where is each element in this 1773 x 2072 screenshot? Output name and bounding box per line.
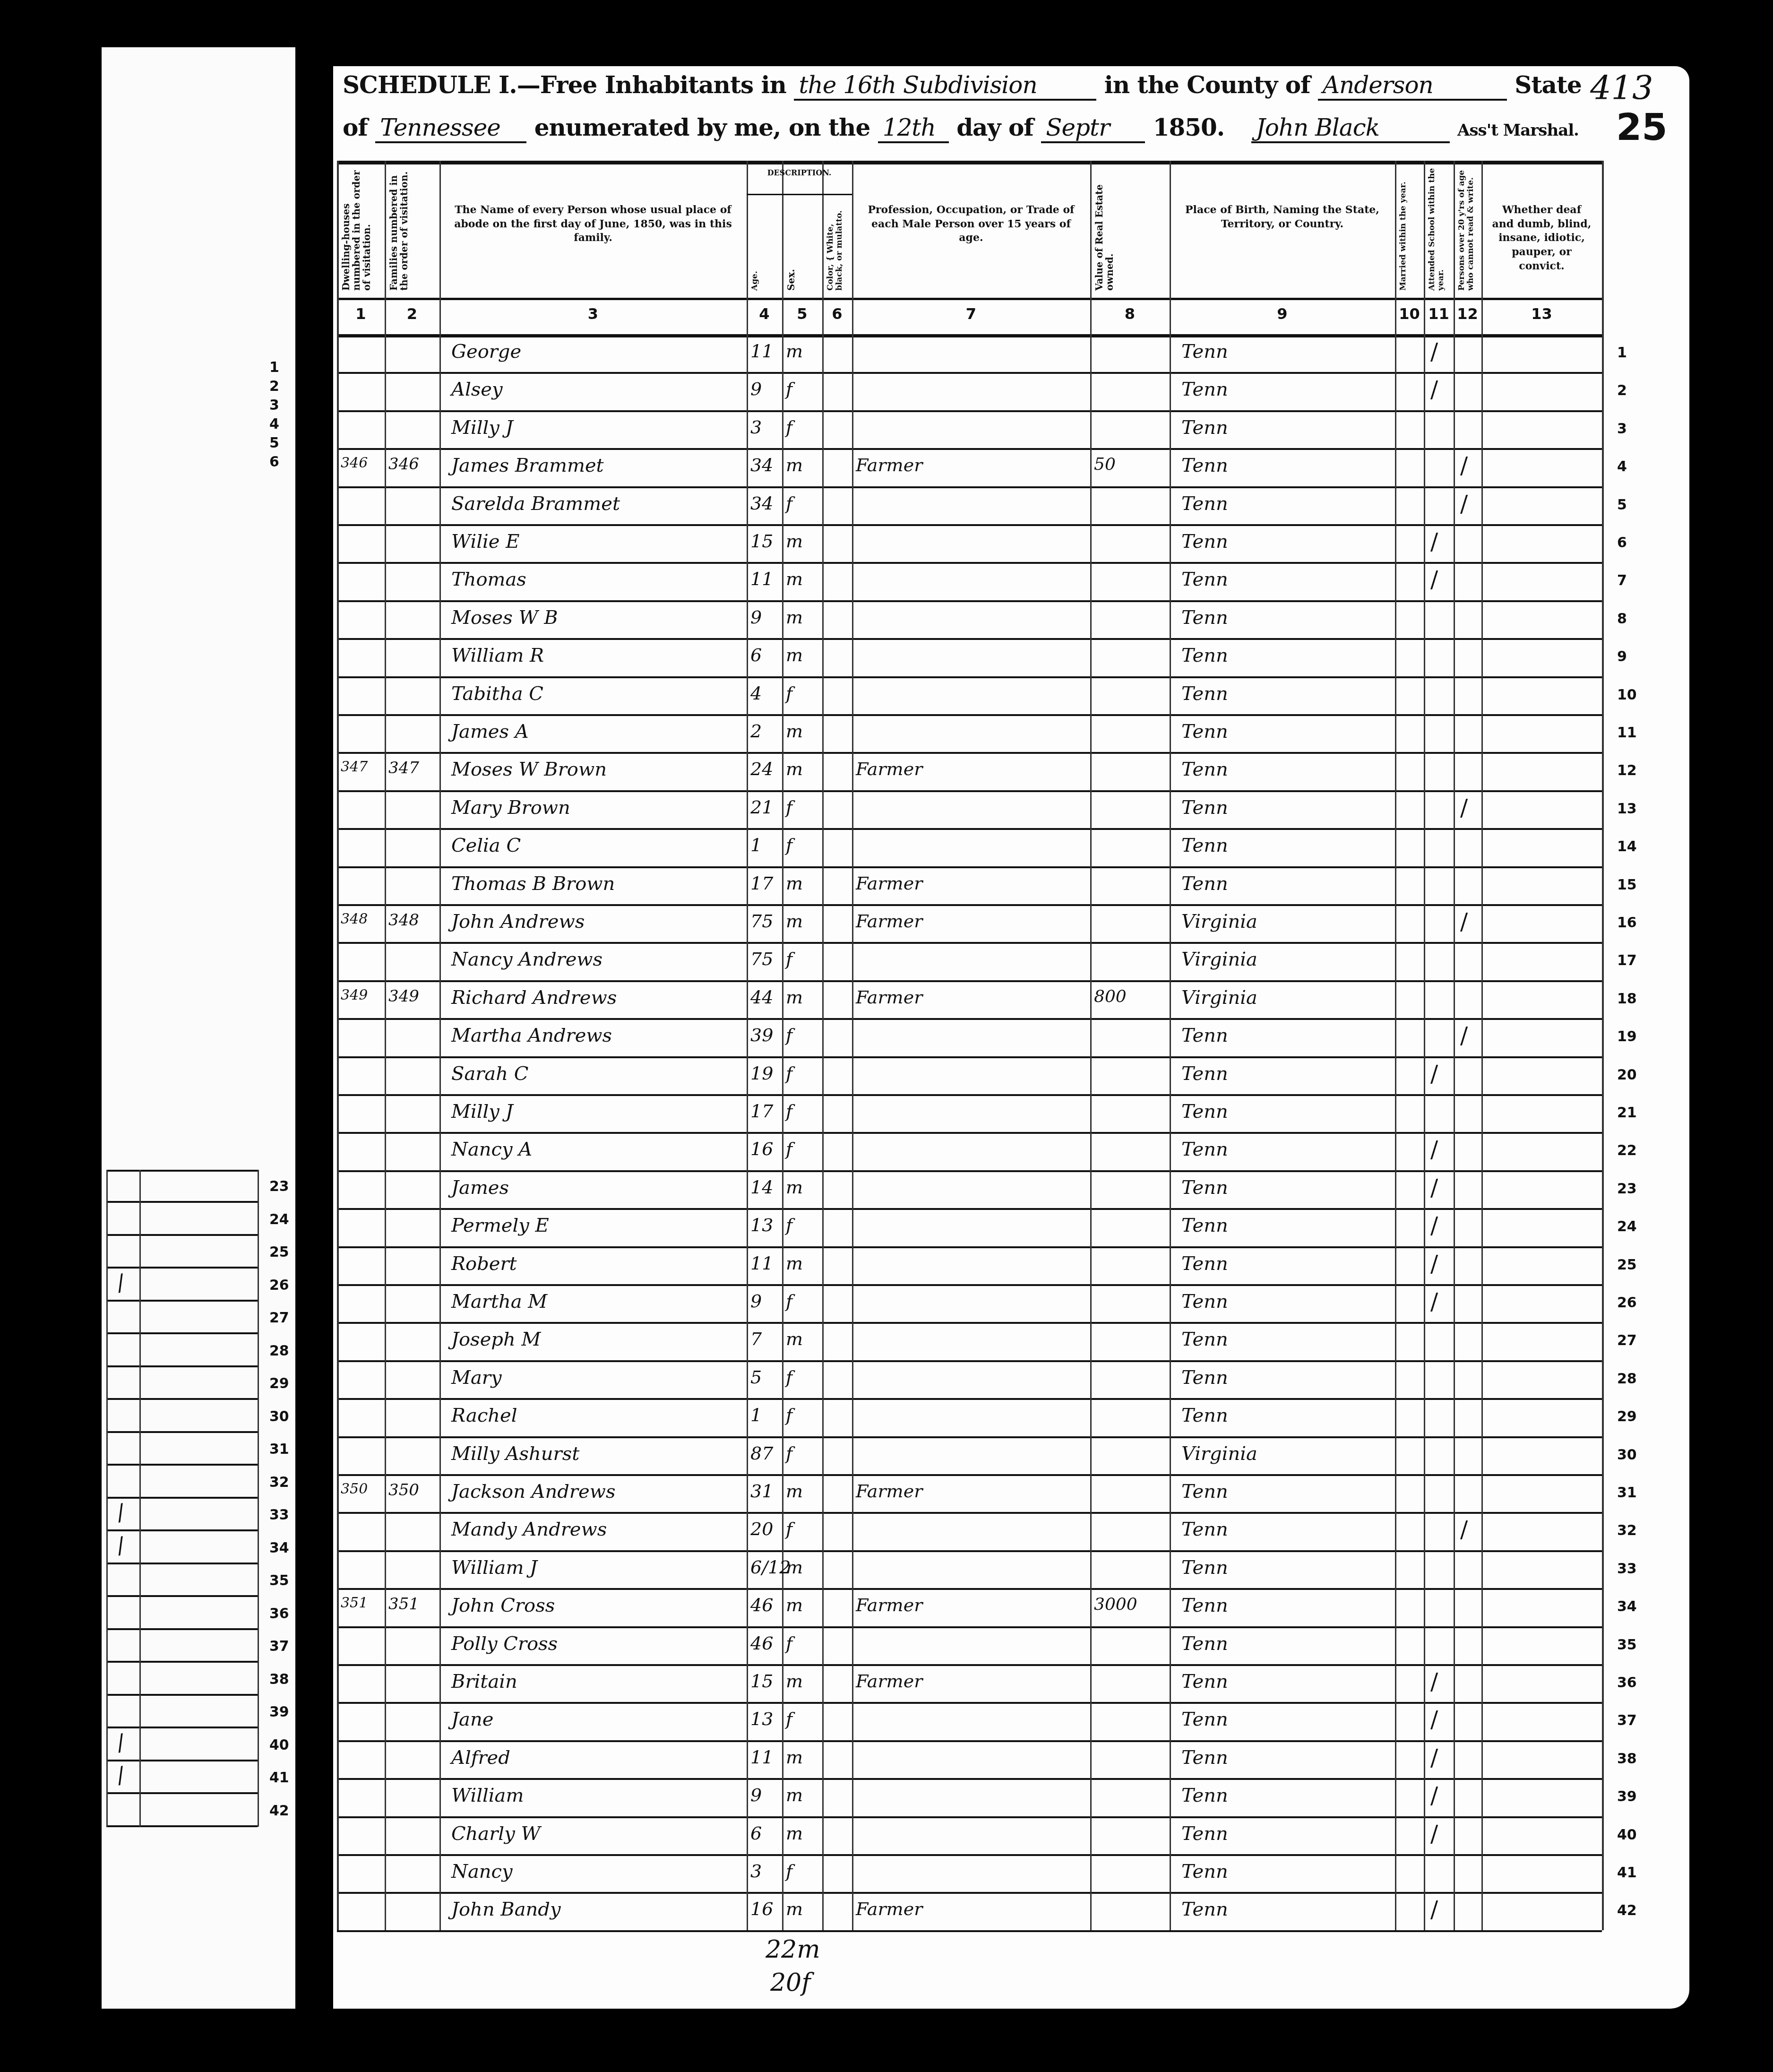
left-page-column-rule [106, 1170, 108, 1827]
birthplace-cell: Tenn [1181, 1557, 1228, 1579]
left-page-line-number: 33 [269, 1507, 289, 1523]
state-field: Tennessee [375, 114, 526, 143]
row-rule [337, 1816, 1602, 1818]
column-header-7: Profession, Occupation, or Trade of each… [861, 203, 1081, 245]
line-number: 34 [1617, 1598, 1637, 1615]
row-rule [337, 1702, 1602, 1704]
birthplace-cell: Virginia [1181, 949, 1257, 970]
line-number: 4 [1617, 458, 1627, 475]
left-page-line-number: 34 [269, 1540, 289, 1556]
school-mark: / [1430, 1897, 1438, 1923]
row-rule [337, 638, 1602, 640]
row-rule [337, 410, 1602, 412]
sex-cell: m [786, 455, 803, 475]
person-name-cell: Martha Andrews [451, 1025, 612, 1046]
column-rule [782, 161, 783, 1930]
column-number-4: 4 [747, 305, 782, 323]
age-cell: 34 [750, 455, 773, 475]
left-page-line-number: 23 [269, 1178, 289, 1195]
table-row: William R6mTenn9 [333, 638, 334, 639]
left-page-line-number: 27 [269, 1310, 289, 1326]
left-page-line-number: 40 [269, 1737, 289, 1753]
line-number: 7 [1617, 572, 1627, 589]
line-number: 18 [1617, 991, 1637, 1007]
line-number: 22 [1617, 1142, 1637, 1159]
age-cell: 11 [750, 1747, 773, 1768]
table-row: Celia C1fTenn14 [333, 828, 334, 829]
line-number: 1 [1617, 345, 1627, 361]
left-page-row [106, 1531, 258, 1564]
row-rule [337, 1208, 1602, 1210]
column-number-10: 10 [1395, 305, 1424, 323]
age-cell: 87 [750, 1443, 773, 1464]
column-rule [1424, 161, 1425, 1930]
age-cell: 75 [750, 911, 773, 932]
line-number: 32 [1617, 1522, 1637, 1539]
column-number-rule [337, 334, 1602, 337]
table-row: Alsey9fTenn/2 [333, 372, 334, 372]
line-number: 3 [1617, 421, 1627, 437]
row-rule [337, 1588, 1602, 1590]
line-number: 38 [1617, 1751, 1637, 1767]
left-page-row [106, 1564, 258, 1597]
birthplace-cell: Virginia [1181, 911, 1257, 932]
table-row: Britain15mFarmerTenn/36 [333, 1664, 334, 1665]
table-row: Moses W B9mTenn8 [333, 600, 334, 601]
sex-cell: f [786, 835, 792, 855]
school-mark: / [1430, 377, 1438, 403]
line-number: 20 [1617, 1067, 1637, 1083]
table-row: John Bandy16mFarmerTenn/42 [333, 1892, 334, 1892]
birthplace-cell: Tenn [1181, 1101, 1228, 1122]
left-page-line-number: 24 [269, 1211, 289, 1228]
column-header-11: Attended School within the year. [1428, 168, 1445, 291]
birthplace-cell: Tenn [1181, 759, 1228, 780]
illiterate-mark: / [1460, 795, 1468, 821]
line-number: 16 [1617, 915, 1637, 931]
person-name-cell: John Andrews [451, 911, 585, 932]
sex-cell: f [786, 683, 792, 704]
column-number-3: 3 [439, 305, 747, 323]
birthplace-cell: Tenn [1181, 1899, 1228, 1920]
column-number-9: 9 [1170, 305, 1395, 323]
row-rule [337, 1512, 1602, 1514]
birthplace-cell: Tenn [1181, 645, 1228, 666]
age-cell: 19 [750, 1063, 773, 1084]
row-rule [337, 752, 1602, 754]
birthplace-cell: Tenn [1181, 531, 1228, 553]
birthplace-cell: Tenn [1181, 1709, 1228, 1730]
line-number: 35 [1617, 1637, 1637, 1653]
table-row: Permely E13fTenn/24 [333, 1208, 334, 1209]
row-rule [337, 1322, 1602, 1324]
age-cell: 17 [750, 873, 773, 894]
person-name-cell: Charly W [451, 1823, 541, 1845]
age-cell: 24 [750, 759, 773, 779]
line-number: 5 [1617, 497, 1627, 513]
dwelling-number-cell: 351 [341, 1595, 368, 1611]
sex-cell: m [786, 607, 803, 628]
age-cell: 34 [750, 493, 773, 514]
census-page: SCHEDULE I.—Free Inhabitants in the 16th… [333, 66, 1689, 2009]
age-cell: 7 [750, 1329, 762, 1349]
sex-cell: f [786, 1101, 792, 1122]
person-name-cell: Joseph M [451, 1329, 541, 1350]
person-name-cell: John Bandy [451, 1899, 561, 1920]
table-top-rule [337, 161, 1602, 164]
left-page-line-number: 25 [269, 1244, 289, 1260]
birthplace-cell: Tenn [1181, 1633, 1228, 1655]
column-header-1: Dwelling-houses numbered in the order of… [341, 168, 372, 291]
person-name-cell: James A [451, 721, 529, 742]
school-mark: / [1430, 1821, 1438, 1848]
birthplace-cell: Tenn [1181, 1291, 1228, 1312]
column-rule [1395, 161, 1396, 1930]
column-header-6: Color, { White, black, or mulatto. [826, 196, 843, 291]
column-number-13: 13 [1481, 305, 1602, 323]
birthplace-cell: Tenn [1181, 1025, 1228, 1046]
person-name-cell: Richard Andrews [451, 987, 617, 1009]
line-number: 37 [1617, 1712, 1637, 1729]
left-page-line-number: 28 [269, 1343, 289, 1359]
family-number-cell: 348 [388, 911, 419, 930]
row-rule [337, 1892, 1602, 1894]
left-adjacent-page-fragment: 123456 23242526/27282930313233/34/353637… [102, 47, 295, 2009]
column-rule [852, 161, 853, 1930]
table-row: Thomas11mTenn/7 [333, 562, 334, 562]
row-rule [337, 1854, 1602, 1856]
age-cell: 1 [750, 835, 762, 855]
row-rule [337, 1398, 1602, 1400]
person-name-cell: James Brammet [451, 455, 604, 476]
line-number: 27 [1617, 1332, 1637, 1349]
column-number-6: 6 [822, 305, 852, 323]
birthplace-cell: Virginia [1181, 1443, 1257, 1465]
left-page-edge-number: 2 [269, 378, 279, 395]
left-page-line-number: 37 [269, 1638, 289, 1655]
age-cell: 21 [750, 797, 773, 818]
column-header-10: Married within the year. [1399, 168, 1408, 291]
age-cell: 11 [750, 569, 773, 589]
age-cell: 9 [750, 1785, 762, 1805]
line-number: 42 [1617, 1902, 1637, 1919]
line-number: 36 [1617, 1675, 1637, 1691]
age-cell: 39 [750, 1025, 773, 1045]
illiterate-mark: / [1460, 909, 1468, 935]
column-header-13: Whether deaf and dumb, blind, insane, id… [1491, 203, 1592, 273]
enumeration-line: of Tennessee enumerated by me, on the 12… [343, 113, 1579, 143]
line-number: 13 [1617, 801, 1637, 817]
left-page-edge-number: 6 [269, 454, 279, 470]
birthplace-cell: Tenn [1181, 1519, 1228, 1540]
left-page-row [106, 1695, 258, 1728]
left-page-row [106, 1400, 258, 1433]
person-name-cell: Celia C [451, 835, 521, 856]
row-rule [337, 600, 1602, 602]
occupation-cell: Farmer [856, 1899, 922, 1919]
sex-cell: m [786, 1747, 803, 1768]
person-name-cell: Britain [451, 1671, 517, 1692]
birthplace-cell: Tenn [1181, 835, 1228, 856]
table-row: Mandy Andrews20fTenn/32 [333, 1512, 334, 1512]
left-page-line-number: 39 [269, 1704, 289, 1720]
age-cell: 17 [750, 1101, 773, 1122]
occupation-cell: Farmer [856, 1671, 922, 1692]
table-row: 346346James Brammet34mFarmer50Tenn/4 [333, 448, 334, 449]
sex-cell: f [786, 1215, 792, 1235]
school-mark: / [1430, 567, 1438, 593]
school-mark: / [1430, 529, 1438, 555]
sex-cell: m [786, 1785, 803, 1805]
sex-cell: m [786, 987, 803, 1008]
school-mark: / [1430, 1175, 1438, 1201]
school-mark: / [1430, 1745, 1438, 1771]
sex-cell: f [786, 1633, 792, 1654]
age-cell: 9 [750, 607, 762, 628]
row-rule [337, 486, 1602, 488]
left-page-row [106, 1630, 258, 1663]
column-number-1: 1 [337, 305, 385, 323]
row-rule [337, 1284, 1602, 1286]
age-cell: 6 [750, 1823, 762, 1844]
row-rule [337, 1550, 1602, 1552]
birthplace-cell: Tenn [1181, 1671, 1228, 1692]
person-name-cell: Alfred [451, 1747, 510, 1769]
person-name-cell: Mary [451, 1367, 502, 1389]
birthplace-cell: Tenn [1181, 493, 1228, 515]
sex-cell: f [786, 1709, 792, 1729]
table-row: Jane13fTenn/37 [333, 1702, 334, 1702]
table-row: Sarah C19fTenn/20 [333, 1056, 334, 1057]
sex-cell: m [786, 531, 803, 552]
birthplace-cell: Tenn [1181, 1595, 1228, 1616]
schedule-title: SCHEDULE I.—Free Inhabitants in [343, 71, 786, 99]
row-rule [337, 904, 1602, 906]
left-page-line-number: 29 [269, 1375, 289, 1392]
age-cell: 16 [750, 1899, 773, 1919]
line-number: 23 [1617, 1181, 1637, 1197]
person-name-cell: Mary Brown [451, 797, 570, 819]
dwelling-number-cell: 348 [341, 911, 368, 927]
male-tally: 22m [766, 1935, 820, 1964]
birthplace-cell: Tenn [1181, 1785, 1228, 1806]
page-annotation: 413 [1590, 69, 1653, 107]
left-page-row [106, 1301, 258, 1334]
row-rule [337, 1778, 1602, 1780]
age-cell: 2 [750, 721, 762, 742]
person-name-cell: James [451, 1177, 509, 1199]
person-name-cell: Permely E [451, 1215, 549, 1236]
sex-cell: f [786, 1063, 792, 1084]
family-number-cell: 346 [388, 455, 419, 474]
table-row: 349349Richard Andrews44mFarmer800Virgini… [333, 980, 334, 981]
year: 1850. [1153, 113, 1225, 141]
school-mark: / [1430, 1213, 1438, 1239]
marshal-label: Ass't Marshal. [1457, 121, 1579, 140]
school-mark: / [1430, 339, 1438, 365]
table-row: George11mTenn/1 [333, 334, 334, 335]
left-page-line-number: 32 [269, 1474, 289, 1491]
table-row: Milly J17fTenn21 [333, 1094, 334, 1095]
table-row: Nancy A16fTenn/22 [333, 1132, 334, 1132]
person-name-cell: Sarelda Brammet [451, 493, 620, 515]
birthplace-cell: Tenn [1181, 1253, 1228, 1275]
row-rule [337, 1436, 1602, 1438]
person-name-cell: Moses W Brown [451, 759, 607, 780]
left-page-row [106, 1203, 258, 1236]
occupation-cell: Farmer [856, 873, 922, 894]
table-row: Wilie E15mTenn/6 [333, 524, 334, 525]
occupation-cell: Farmer [856, 1481, 922, 1502]
table-row: Joseph M7mTenn27 [333, 1322, 334, 1322]
table-row: Rachel1fTenn29 [333, 1398, 334, 1399]
left-page-row [106, 1334, 258, 1367]
left-page-edge-number: 3 [269, 397, 279, 414]
table-row: Martha Andrews39fTenn/19 [333, 1018, 334, 1019]
column-header-9: Place of Birth, Naming the State, Territ… [1179, 203, 1386, 231]
sex-cell: f [786, 949, 792, 969]
occupation-cell: Farmer [856, 455, 922, 475]
table-row: 350350Jackson Andrews31mFarmerTenn31 [333, 1474, 334, 1475]
left-page-row [106, 1761, 258, 1794]
sex-cell: m [786, 911, 803, 932]
column-rule [385, 161, 386, 1930]
table-row: Thomas B Brown17mFarmerTenn15 [333, 866, 334, 867]
person-name-cell: Nancy A [451, 1139, 532, 1160]
row-rule [337, 1626, 1602, 1628]
person-name-cell: Nancy Andrews [451, 949, 602, 970]
occupation-cell: Farmer [856, 759, 922, 779]
person-name-cell: Rachel [451, 1405, 517, 1426]
sex-cell: f [786, 379, 792, 399]
person-name-cell: Alsey [451, 379, 502, 400]
sex-cell: m [786, 1329, 803, 1349]
table-row: Nancy3fTenn41 [333, 1854, 334, 1855]
table-row: Milly J3fTenn3 [333, 410, 334, 411]
row-rule [337, 676, 1602, 678]
column-rule [822, 161, 824, 1930]
row-rule [337, 562, 1602, 564]
line-number: 2 [1617, 382, 1627, 399]
column-rule [1454, 161, 1455, 1930]
family-number-cell: 349 [388, 987, 419, 1006]
schedule-title-line: SCHEDULE I.—Free Inhabitants in the 16th… [343, 71, 1582, 101]
row-rule [337, 1170, 1602, 1172]
left-page-column-rule [139, 1170, 141, 1827]
sex-cell: m [786, 341, 803, 362]
school-mark: / [1430, 1707, 1438, 1733]
row-rule [337, 1018, 1602, 1020]
row-rule [337, 1474, 1602, 1476]
sex-cell: m [786, 1595, 803, 1615]
sex-cell: m [786, 721, 803, 742]
table-row: James14mTenn/23 [333, 1170, 334, 1171]
person-name-cell: William R [451, 645, 544, 666]
birthplace-cell: Virginia [1181, 987, 1257, 1009]
school-mark: / [1430, 1783, 1438, 1809]
school-mark: / [1430, 1289, 1438, 1315]
line-number: 21 [1617, 1105, 1637, 1121]
description-label: DESCRIPTION. [747, 168, 852, 178]
birthplace-cell: Tenn [1181, 1823, 1228, 1845]
age-cell: 44 [750, 987, 773, 1008]
person-name-cell: William [451, 1785, 524, 1806]
row-rule [337, 1056, 1602, 1058]
left-page-row [106, 1498, 258, 1531]
person-name-cell: John Cross [451, 1595, 555, 1616]
sex-cell: f [786, 797, 792, 818]
real-estate-value-cell: 50 [1094, 455, 1116, 474]
table-row: Martha M9fTenn/26 [333, 1284, 334, 1285]
sex-cell: f [786, 1861, 792, 1882]
illiterate-mark: / [1460, 1517, 1468, 1543]
sex-cell: m [786, 1671, 803, 1692]
row-rule [337, 1740, 1602, 1742]
sex-cell: f [786, 1139, 792, 1159]
column-header-2: Families numbered in the order of visita… [388, 168, 409, 291]
age-cell: 15 [750, 531, 773, 552]
occupation-cell: Farmer [856, 987, 922, 1008]
birthplace-cell: Tenn [1181, 683, 1228, 705]
page-number: 25 [1616, 106, 1668, 149]
table-row: Robert11mTenn/25 [333, 1246, 334, 1247]
row-rule [337, 524, 1602, 526]
column-rule [439, 161, 441, 1930]
left-page-column-rule [258, 1170, 259, 1827]
age-cell: 46 [750, 1633, 773, 1654]
table-row: William9mTenn/39 [333, 1778, 334, 1778]
row-rule [337, 942, 1602, 944]
line-number: 26 [1617, 1295, 1637, 1311]
sex-cell: m [786, 569, 803, 589]
dwelling-number-cell: 350 [341, 1481, 368, 1497]
sex-cell: m [786, 1899, 803, 1919]
family-number-cell: 351 [388, 1595, 419, 1614]
sex-cell: m [786, 873, 803, 894]
table-row: Charly W6mTenn/40 [333, 1816, 334, 1817]
age-cell: 4 [750, 683, 762, 704]
person-name-cell: Milly J [451, 1101, 513, 1122]
month-field: Septr [1041, 114, 1145, 143]
line-number: 41 [1617, 1865, 1637, 1881]
person-name-cell: Tabitha C [451, 683, 543, 705]
birthplace-cell: Tenn [1181, 1747, 1228, 1769]
table-row: Milly Ashurst87fVirginia30 [333, 1436, 334, 1437]
age-cell: 5 [750, 1367, 762, 1388]
age-cell: 16 [750, 1139, 773, 1159]
sex-cell: f [786, 1291, 792, 1312]
left-page-row [106, 1269, 258, 1302]
person-name-cell: Jackson Andrews [451, 1481, 615, 1502]
left-page-line-number: 31 [269, 1441, 289, 1458]
line-number: 12 [1617, 762, 1637, 779]
line-number: 31 [1617, 1485, 1637, 1501]
birthplace-cell: Tenn [1181, 1861, 1228, 1882]
age-cell: 6 [750, 645, 762, 665]
school-mark: / [1430, 1669, 1438, 1695]
left-page-row [106, 1663, 258, 1696]
birthplace-cell: Tenn [1181, 873, 1228, 895]
birthplace-cell: Tenn [1181, 569, 1228, 590]
school-mark: / [1430, 1137, 1438, 1163]
sex-cell: m [786, 1481, 803, 1502]
line-number: 17 [1617, 952, 1637, 969]
school-mark: / [1430, 1251, 1438, 1278]
line-number: 10 [1617, 687, 1637, 703]
occupation-cell: Farmer [856, 1595, 922, 1615]
age-cell: 13 [750, 1709, 773, 1729]
sex-cell: m [786, 1177, 803, 1198]
